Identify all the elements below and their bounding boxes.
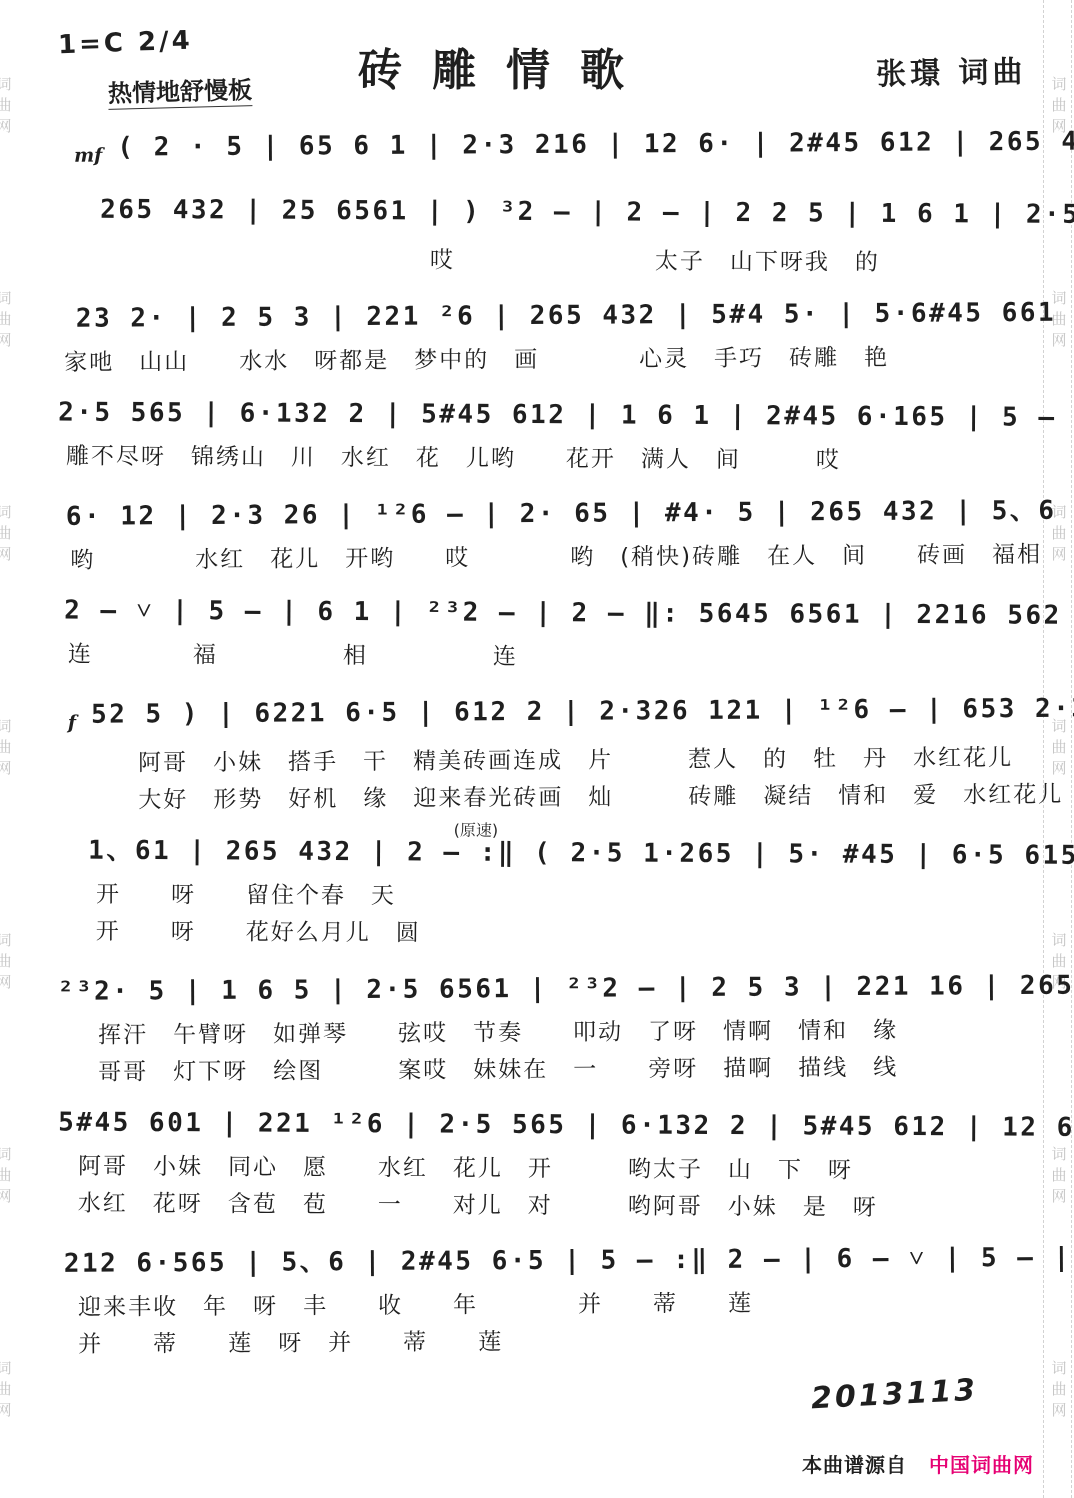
lyric-line: 阿哥 小妹 搭手 干 精美砖画连成 片 惹人 的 牡 丹 水红花儿: [138, 740, 1038, 782]
tempo-annotation: (原速): [454, 818, 499, 841]
music-system: 5#45 601 | 221 ¹²6 | 2·5 565 | 6·132 2 |…: [30, 1099, 1039, 1227]
music-system: 23 2· | 2 5 3 | 221 ²6 | 265 432 | 5#4 5…: [30, 290, 1039, 382]
score-header: 1=C 2/4 热情地舒慢板 砖雕情歌 张璟 词曲: [0, 0, 1074, 118]
notation-line: 265 432 | 25 6561 | ) ³2 — | 2 — | 2 2 5…: [100, 195, 1074, 231]
lyric-line: 开 呀 留住个春 天: [96, 877, 1038, 919]
notation-body: mf ( 2 · 5 | 65 6 1 | 2·3 216 | 12 6· | …: [0, 118, 1074, 1361]
source-credit: 本曲谱源自 中国词曲网: [802, 1449, 1034, 1478]
notation-line: 2 — ˅ | 5 — | 6 1 | ²³2 — | 2 — ‖: 5645 …: [64, 596, 1074, 632]
notation-line: ²³2· 5 | 1 6 5 | 2·5 6561 | ²³2 — | 2 5 …: [58, 969, 1074, 1007]
music-system: 212 6·565 | 5、6 | 2#45 6·5 | 5 — :‖ 2 — …: [30, 1235, 1039, 1364]
lyric-line: 迎来丰收 年 呀 丰 收 年 并 蒂 莲: [78, 1284, 1038, 1327]
lyric-line: 哎 太子 山下呀我 的: [430, 242, 1038, 282]
notation-line: 1、61 | 265 432 | 2 — :‖ ( 2·5 1·265 | 5·…: [88, 836, 1074, 873]
music-system: 2 — ˅ | 5 — | 6 1 | ²³2 — | 2 — ‖: 5645 …: [30, 587, 1038, 678]
music-system: f 52 5 ) | 6221 6·5 | 612 2 | 2·326 121 …: [30, 686, 1039, 820]
music-system: 6· 12 | 2·3 26 | ¹²6 — | 2· 65 | #4· 5 |…: [30, 488, 1039, 580]
notation-line: ( 2 · 5 | 65 6 1 | 2·3 216 | 12 6· | 2#4…: [117, 126, 1074, 162]
notation-line: 6· 12 | 2·3 26 | ¹²6 — | 2· 65 | #4· 5 |…: [66, 494, 1074, 532]
watermark-text: 词曲网: [1049, 1360, 1070, 1423]
score-title: 砖雕情歌: [358, 34, 654, 98]
lyric-line: 并 蒂 莲 呀 并 蒂 莲: [78, 1321, 1038, 1364]
handwritten-date: 2013113: [810, 1373, 979, 1417]
source-credit-name: 中国词曲网: [929, 1453, 1034, 1477]
lyric-line: 哥哥 灯下呀 绘图 案哎 妹妹在 一 旁呀 描啊 描线 线: [98, 1049, 1038, 1092]
music-system: (原速) 1、61 | 265 432 | 2 — :‖ ( 2·5 1·265…: [30, 827, 1039, 955]
music-system: 2·5 565 | 6·132 2 | 5#45 612 | 1 6 1 | 2…: [30, 389, 1038, 480]
composer-credit: 张璟 词曲: [875, 47, 1026, 94]
music-system: mf ( 2 · 5 | 65 6 1 | 2·3 216 | 12 6· | …: [30, 119, 1038, 179]
notation-line: 23 2· | 2 5 3 | 221 ²6 | 265 432 | 5#4 5…: [76, 297, 1074, 334]
lyric-line: 水红 花呀 含苞 苞 一 对儿 对 哟阿哥 小妹 是 呀: [78, 1186, 1038, 1228]
lyric-line: 连 福 相 连: [68, 637, 1038, 679]
dynamic-marking: mf: [74, 133, 103, 179]
lyric-line: 雕不尽呀 锦绣山 川 水红 花 儿哟 花开 满人 间 哎: [66, 439, 1038, 481]
dynamic-marking: f: [68, 700, 76, 746]
tempo-marking: 热情地舒慢板: [108, 70, 253, 110]
notation-line: 52 5 ) | 6221 6·5 | 612 2 | 2·326 121 | …: [91, 691, 1074, 729]
lyric-line: 挥汗 午臂呀 如弹琴 弦哎 节奏 叩动 了呀 情啊 情和 缘: [98, 1012, 1038, 1055]
key-time-signature: 1=C 2/4: [58, 26, 194, 61]
time-signature: 2/4: [138, 26, 194, 58]
lyric-line: 大好 形势 好机 缘 迎来春光砖画 灿 砖雕 凝结 情和 爱 水红花儿: [138, 777, 1038, 819]
key-signature: 1=C: [58, 28, 127, 60]
notation-line: 2·5 565 | 6·132 2 | 5#45 612 | 1 6 1 | 2…: [58, 398, 1074, 434]
notation-line: 212 6·565 | 5、6 | 2#45 6·5 | 5 — :‖ 2 — …: [64, 1242, 1074, 1279]
source-credit-prefix: 本曲谱源自: [802, 1453, 907, 1477]
score-page: 词曲网 词曲网 词曲网 词曲网 词曲网 词曲网 词曲网 词曲网 词曲网 词曲网 …: [0, 0, 1074, 1498]
lyric-line: 家吔 山山 水水 呀都是 梦中的 画 心灵 手巧 砖雕 艳: [64, 339, 1038, 382]
lyric-line: 开 呀 花好么月儿 圆: [96, 914, 1038, 956]
lyric-line: 阿哥 小妹 同心 愿 水红 花儿 开 哟太子 山 下 呀: [78, 1149, 1038, 1191]
music-system: 265 432 | 25 6561 | ) ³2 — | 2 — | 2 2 5…: [30, 186, 1038, 282]
watermark-text: 词曲网: [0, 1360, 15, 1423]
lyric-line: 哟 水红 花儿 开哟 哎 哟 (稍快)砖雕 在人 间 砖画 福相: [70, 537, 1038, 580]
notation-line: 5#45 601 | 221 ¹²6 | 2·5 565 | 6·132 2 |…: [58, 1108, 1074, 1144]
music-system: ²³2· 5 | 1 6 5 | 2·5 6561 | ²³2 — | 2 5 …: [30, 963, 1039, 1092]
